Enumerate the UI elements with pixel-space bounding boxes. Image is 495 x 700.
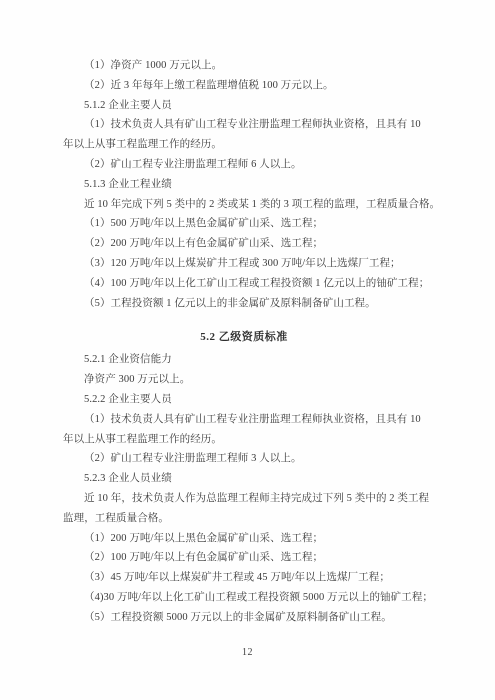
text-line: （4）100 万吨/年以上化工矿山工程或工程投资额 1 亿元以上的铀矿工程； [63, 274, 425, 294]
text-line: （2）100 万吨/年以上有色金属矿矿山采、选工程； [63, 548, 425, 568]
text-line: 5.2.3 企业人员业绩 [63, 469, 425, 489]
text-line: （1）技术负责人具有矿山工程专业注册监理工程师执业资格，且具有 10 [63, 410, 425, 430]
document-text-block: （1）净资产 1000 万元以上。（2）近 3 年每年上缴工程监理增值税 100… [63, 56, 425, 628]
text-line: （2）近 3 年每年上缴工程监理增值税 100 万元以上。 [63, 76, 425, 96]
text-line: （2）矿山工程专业注册监理工程师 3 人以上。 [63, 449, 425, 469]
text-line: （1）净资产 1000 万元以上。 [63, 56, 425, 76]
text-line: （1）200 万吨/年以上黑色金属矿矿山采、选工程； [63, 529, 425, 549]
text-line: 近 10 年完成下列 5 类中的 2 类或某 1 类的 3 项工程的监理，工程质… [63, 195, 425, 215]
text-line: 5.1.3 企业工程业绩 [63, 175, 425, 195]
text-line: （2）200 万吨/年以上有色金属矿矿山采、选工程； [63, 234, 425, 254]
text-line: （1）技术负责人具有矿山工程专业注册监理工程师执业资格，且具有 10 [63, 115, 425, 135]
text-line: （5）工程投资额 5000 万元以上的非金属矿及原料制备矿山工程。 [63, 608, 425, 628]
text-line: 近 10 年，技术负责人作为总监理工程师主持完成过下列 5 类中的 2 类工程 [63, 489, 425, 509]
text-line: 年以上从事工程监理工作的经历。 [63, 135, 425, 155]
text-line: （3）45 万吨/年以上煤炭矿井工程或 45 万吨/年以上选煤厂工程； [63, 568, 425, 588]
text-line: （1）500 万吨/年以上黑色金属矿矿山采、选工程； [63, 214, 425, 234]
text-line: 5.2.1 企业资信能力 [63, 350, 425, 370]
text-line: 5.1.2 企业主要人员 [63, 96, 425, 116]
text-line: 净资产 300 万元以上。 [63, 370, 425, 390]
text-line: （3）120 万吨/年以上煤炭矿井工程或 300 万吨/年以上选煤厂工程； [63, 254, 425, 274]
text-line: （2）矿山工程专业注册监理工程师 6 人以上。 [63, 155, 425, 175]
text-line: 5.2.2 企业主要人员 [63, 390, 425, 410]
text-line: （4)30 万吨/年以上化工矿山工程或工程投资额 5000 万元以上的铀矿工程； [63, 588, 425, 608]
text-line: 年以上从事工程监理工作的经历。 [63, 430, 425, 450]
page-number: 12 [0, 647, 495, 658]
text-line: 监理，工程质量合格。 [63, 509, 425, 529]
text-line: （5）工程投资额 1 亿元以上的非金属矿及原料制备矿山工程。 [63, 294, 425, 314]
section-heading: 5.2 乙级资质标准 [63, 327, 425, 347]
document-page: （1）净资产 1000 万元以上。（2）近 3 年每年上缴工程监理增值税 100… [0, 0, 495, 700]
